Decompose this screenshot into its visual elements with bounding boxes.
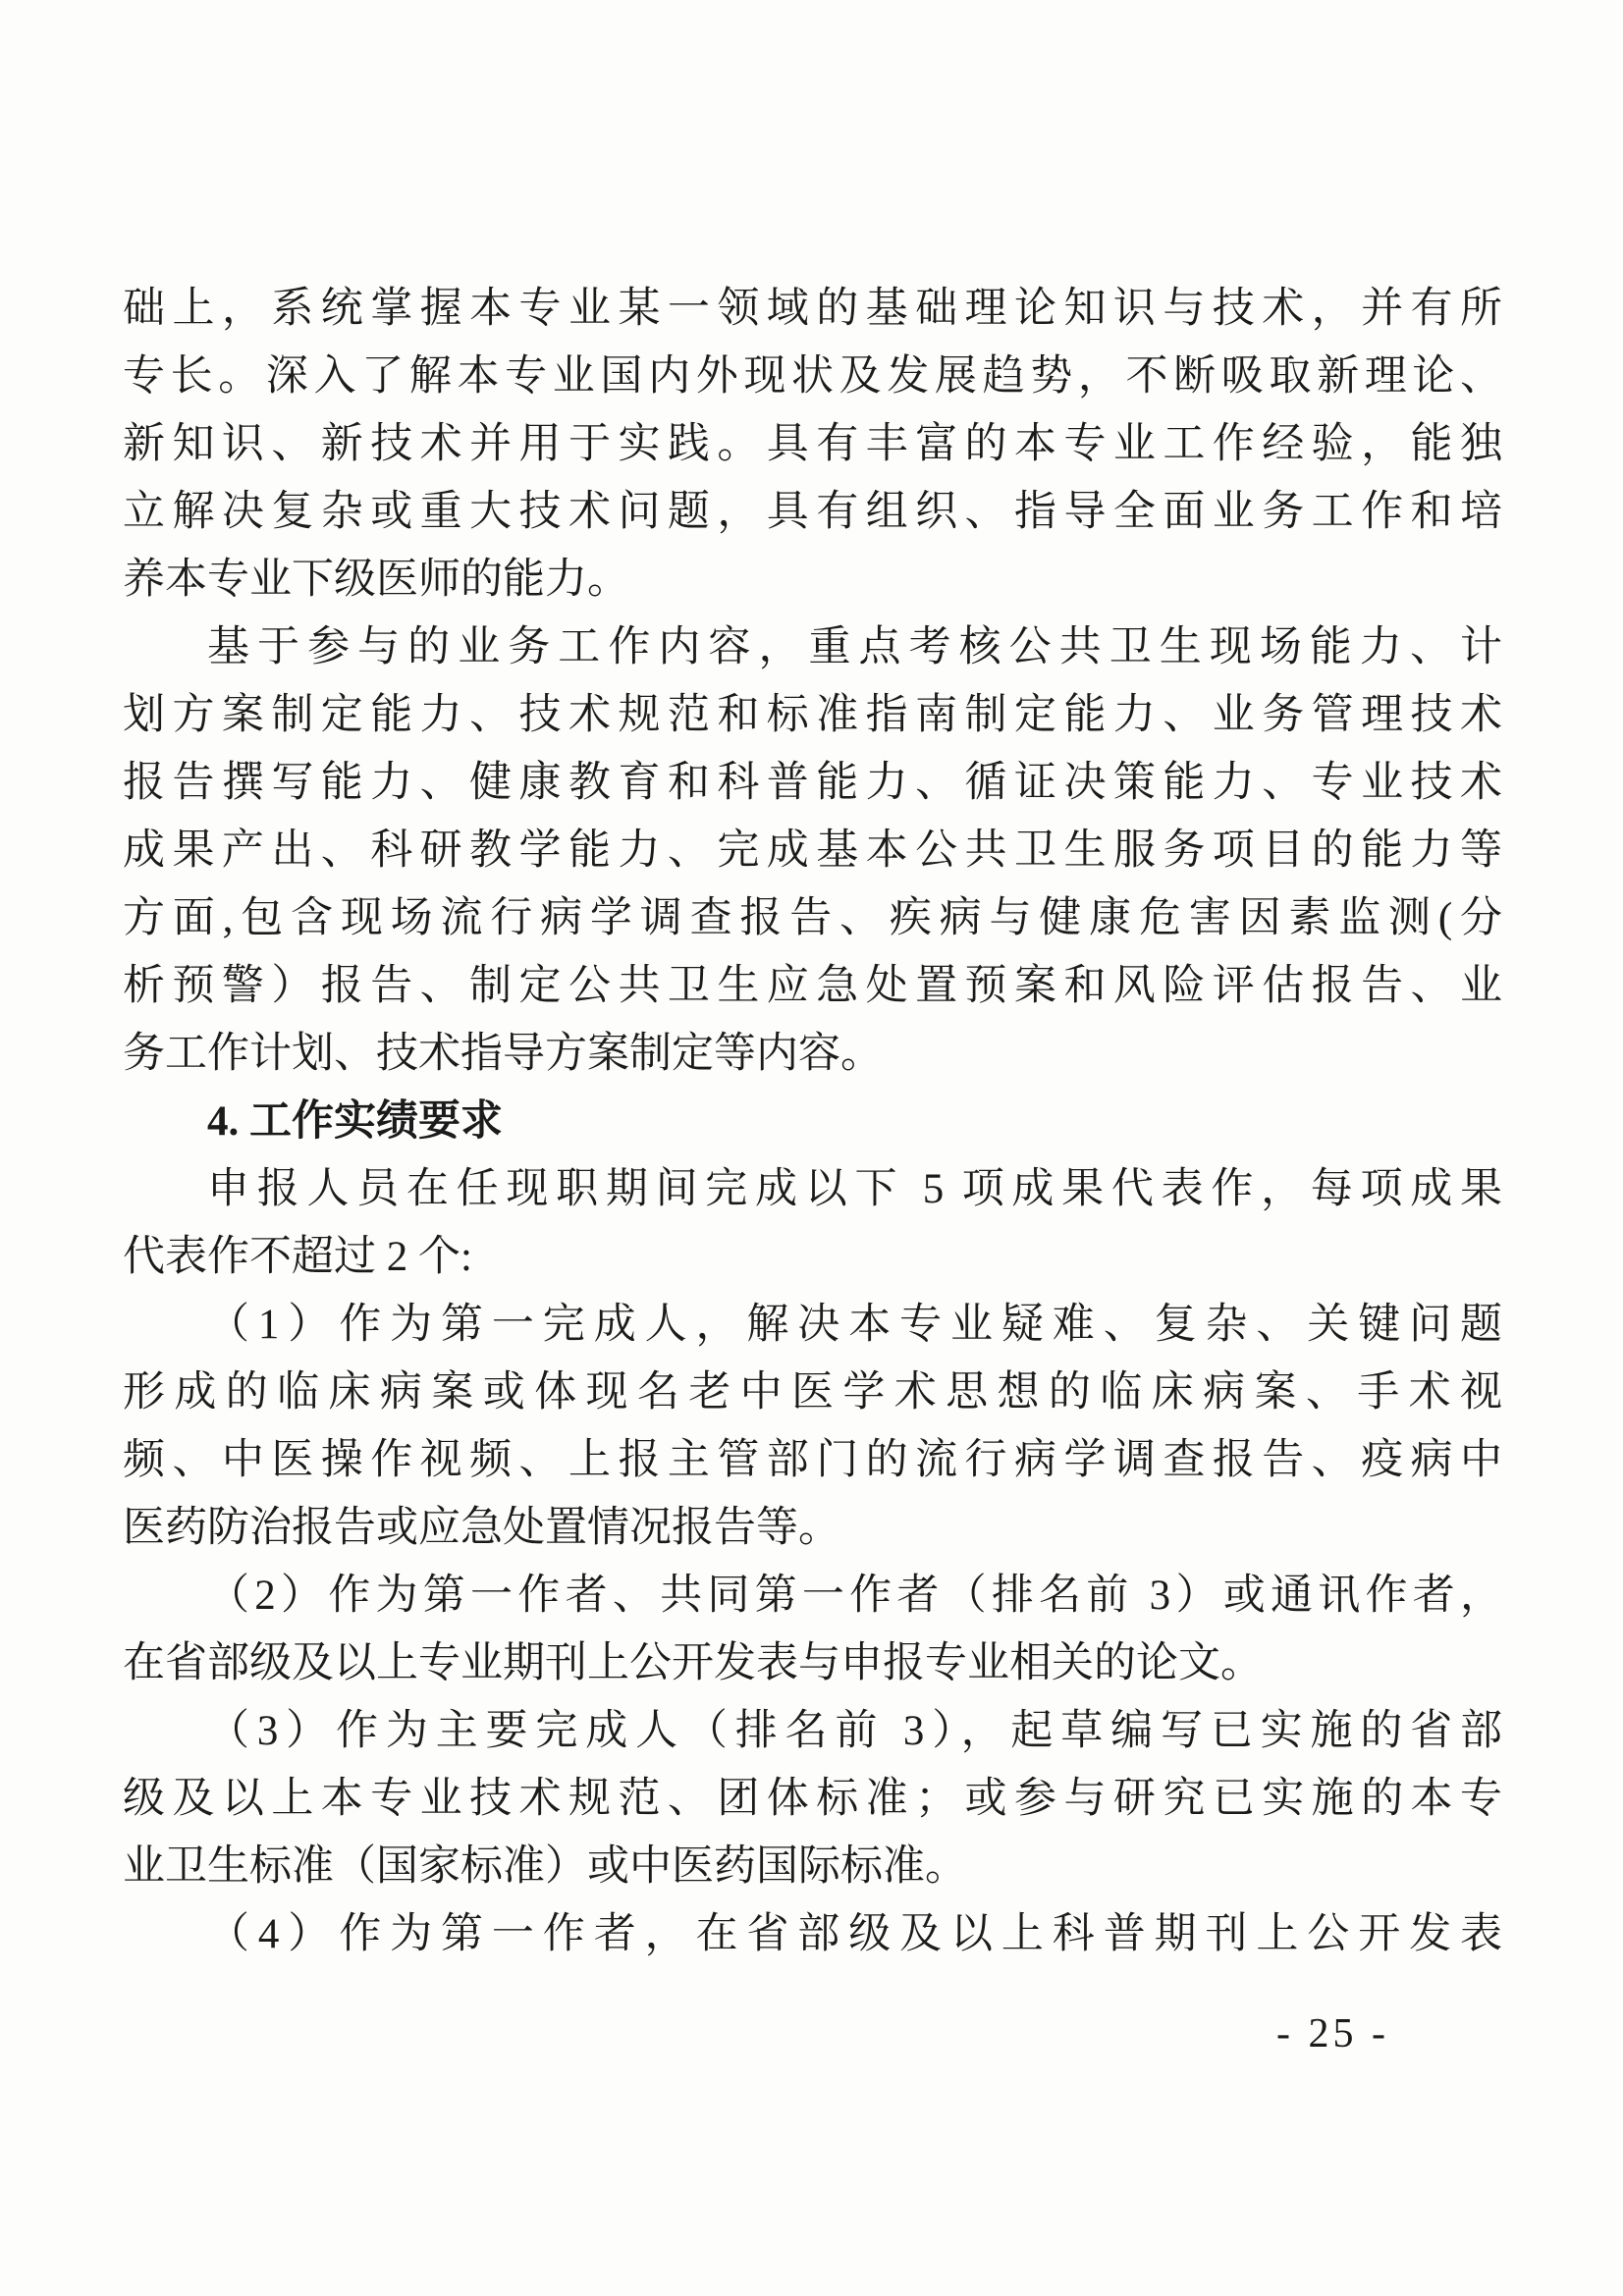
text-line: 新知识、新技术并用于实践。具有丰富的本专业工作经验，能独 — [123, 410, 1502, 478]
text-line: （2）作为第一作者、共同第一作者（排名前 3）或通讯作者， — [123, 1562, 1502, 1629]
text-line: 基于参与的业务工作内容，重点考核公共卫生现场能力、计 — [123, 614, 1502, 681]
text-line: 立解决复杂或重大技术问题，具有组织、指导全面业务工作和培 — [123, 478, 1502, 546]
text-line: 代表作不超过 2 个: — [123, 1223, 1502, 1291]
text-line: 业卫生标准（国家标准）或中医药国际标准。 — [123, 1833, 1502, 1900]
text-line: 养本专业下级医师的能力。 — [123, 546, 1502, 614]
section-heading: 4. 工作实绩要求 — [123, 1088, 1502, 1155]
text-line: 划方案制定能力、技术规范和标准指南制定能力、业务管理技术 — [123, 681, 1502, 749]
text-line: 形成的临床病案或体现名老中医学术思想的临床病案、手术视 — [123, 1359, 1502, 1426]
text-line: 频、中医操作视频、上报主管部门的流行病学调查报告、疫病中 — [123, 1426, 1502, 1494]
text-line: 级及以上本专业技术规范、团体标准；或参与研究已实施的本专 — [123, 1765, 1502, 1833]
text-line: （1）作为第一完成人，解决本专业疑难、复杂、关键问题 — [123, 1291, 1502, 1359]
text-line: 医药防治报告或应急处置情况报告等。 — [123, 1494, 1502, 1562]
text-line: （4）作为第一作者，在省部级及以上科普期刊上公开发表 — [123, 1900, 1502, 1968]
document-body: 础上，系统掌握本专业某一领域的基础理论知识与技术，并有所 专长。深入了解本专业国… — [123, 275, 1502, 1968]
text-line: 方面,包含现场流行病学调查报告、疾病与健康危害因素监测(分 — [123, 884, 1502, 952]
text-line: 析预警）报告、制定公共卫生应急处置预案和风险评估报告、业 — [123, 952, 1502, 1020]
text-line: 成果产出、科研教学能力、完成基本公共卫生服务项目的能力等 — [123, 817, 1502, 884]
text-line: 专长。深入了解本专业国内外现状及发展趋势，不断吸取新理论、 — [123, 343, 1502, 410]
text-line: （3）作为主要完成人（排名前 3），起草编写已实施的省部 — [123, 1697, 1502, 1765]
text-line: 务工作计划、技术指导方案制定等内容。 — [123, 1020, 1502, 1088]
text-line: 申报人员在任现职期间完成以下 5 项成果代表作，每项成果 — [123, 1155, 1502, 1223]
document-page: 础上，系统掌握本专业某一领域的基础理论知识与技术，并有所 专长。深入了解本专业国… — [0, 0, 1623, 2296]
page-number: - 25 - — [1276, 2010, 1389, 2057]
text-line: 在省部级及以上专业期刊上公开发表与申报专业相关的论文。 — [123, 1629, 1502, 1697]
text-line: 础上，系统掌握本专业某一领域的基础理论知识与技术，并有所 — [123, 275, 1502, 343]
text-line: 报告撰写能力、健康教育和科普能力、循证决策能力、专业技术 — [123, 749, 1502, 817]
